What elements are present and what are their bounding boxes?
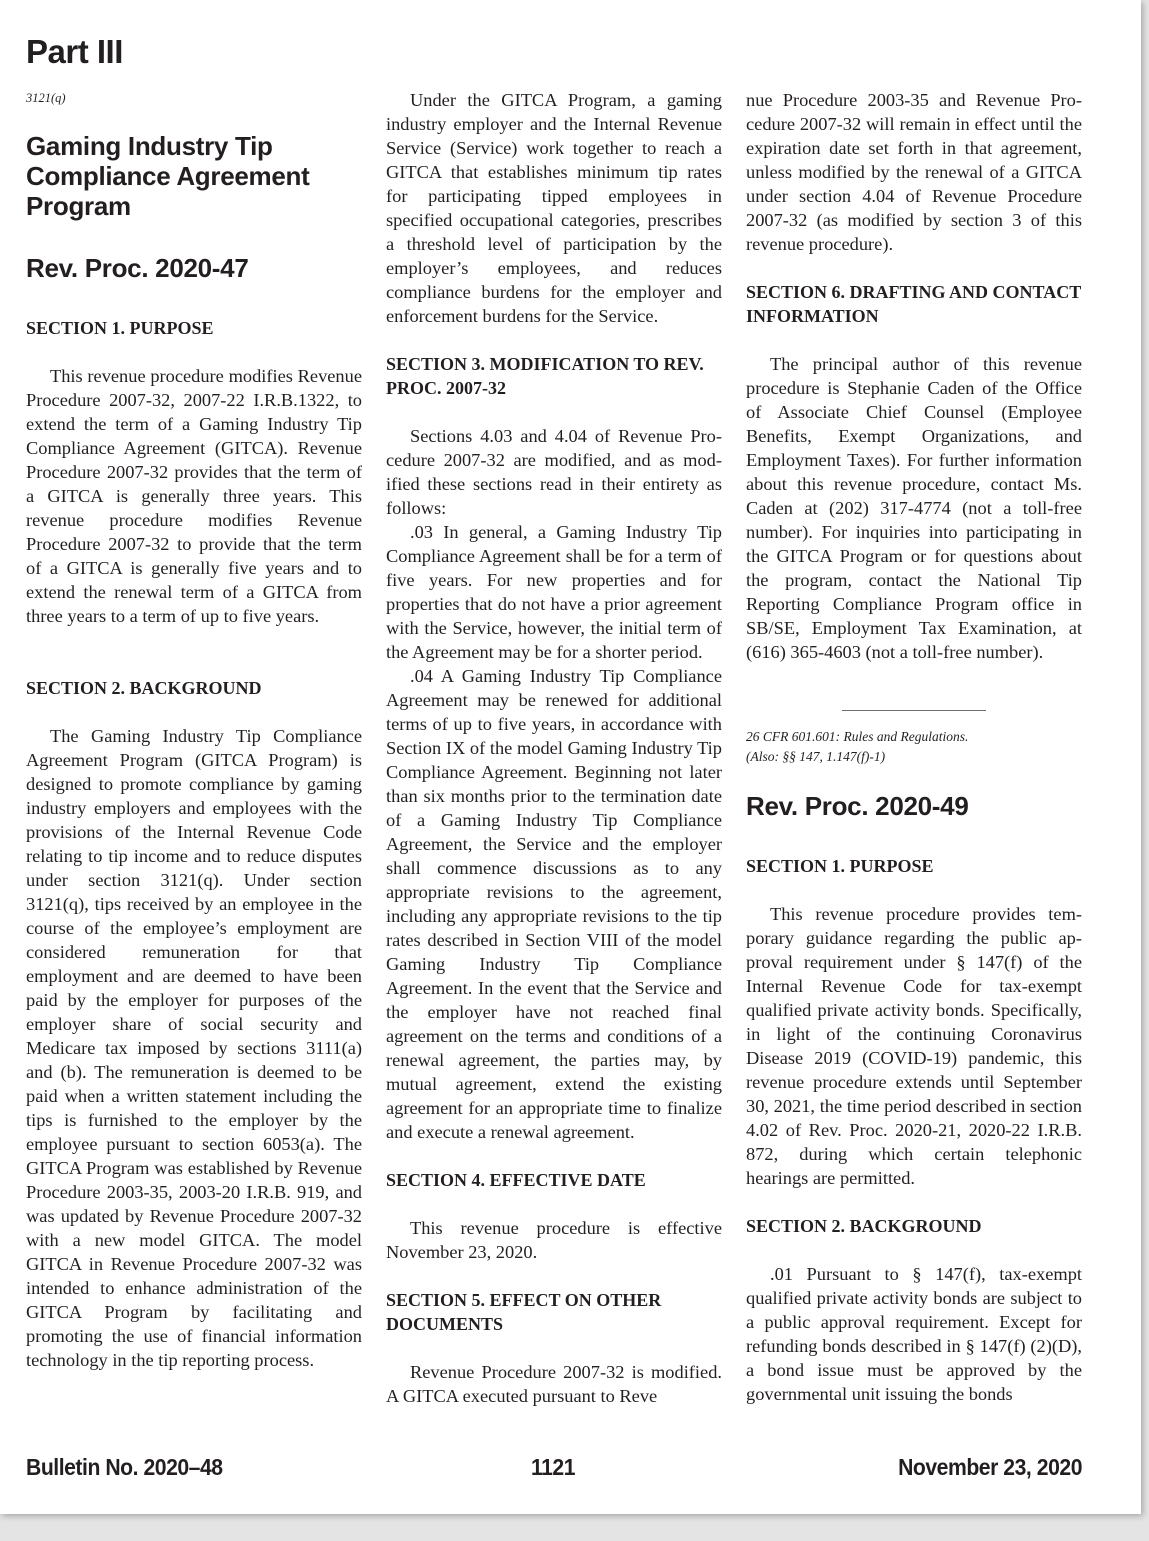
rp2-section-2-heading: SECTION 2. BACKGROUND xyxy=(746,1214,1082,1238)
rp1-section-3-paragraph-03: .03 In general, a Gaming Industry Tip Co… xyxy=(386,520,722,664)
rev-proc-2020-49-title: Rev. Proc. 2020-49 xyxy=(746,791,968,821)
rp1-section-2-paragraph-1: The Gaming Industry Tip Compliance Agree… xyxy=(26,724,362,1372)
rp1-section-3-paragraph-04: .04 A Gaming Industry Tip Compliance Agr… xyxy=(386,664,722,1144)
rp1-section-1-heading: SECTION 1. PURPOSE xyxy=(26,316,362,340)
rp1-section-2-heading: SECTION 2. BACKGROUND xyxy=(26,676,362,700)
rp1-section-5-paragraph-start: Revenue Procedure 2007-32 is modi­fied. … xyxy=(386,1360,722,1408)
part-title: Part III xyxy=(26,33,123,71)
rp1-section-4-heading: SECTION 4. EFFECTIVE DATE xyxy=(386,1168,722,1192)
document-title: Gaming Industry Tip Compliance Agreement… xyxy=(26,131,346,221)
rp1-section-6-paragraph: The principal author of this revenue pro… xyxy=(746,352,1082,664)
rp1-section-4-paragraph: This revenue procedure is effective Nove… xyxy=(386,1216,722,1264)
rp2-citation-line-2: (Also: §§ 147, 1.147(f)-1) xyxy=(746,747,885,767)
rp2-citation-line-1: 26 CFR 601.601: Rules and Regulations. xyxy=(746,727,968,747)
rp1-section-3-paragraph-1: Sections 4.03 and 4.04 of Revenue Pro­ce… xyxy=(386,424,722,520)
rev-proc-2020-47-title: Rev. Proc. 2020-47 xyxy=(26,253,248,283)
rp2-section-1-heading: SECTION 1. PURPOSE xyxy=(746,854,1082,878)
rp1-section-5-heading: SECTION 5. EFFECT ON OTHER DOCUMENTS xyxy=(386,1288,722,1336)
rp1-section-6-heading: SECTION 6. DRAFTING AND CONTACT INFORMAT… xyxy=(746,280,1082,328)
rp1-section-5-paragraph-end: nue Procedure 2003-35 and Revenue Pro­ce… xyxy=(746,88,1082,256)
rp1-section-1-paragraph: This revenue procedure modifies Revenue … xyxy=(26,364,362,628)
footer-date: November 23, 2020 xyxy=(806,1454,1082,1480)
rp1-section-2-paragraph-2: Under the GITCA Program, a gaming indust… xyxy=(386,88,722,328)
document-page: Part III 3121(q) Gaming Industry Tip Com… xyxy=(0,0,1141,1514)
rp1-section-3-heading: SECTION 3. MODIFICATION TO REV. PROC. 20… xyxy=(386,352,722,400)
section-divider-rule xyxy=(842,710,986,711)
rp2-section-1-paragraph: This revenue procedure provides tem­pora… xyxy=(746,902,1082,1190)
footer-page-number: 1121 xyxy=(477,1454,630,1480)
footer-bulletin-number: Bulletin No. 2020–48 xyxy=(26,1454,223,1480)
code-reference: 3121(q) xyxy=(26,90,66,106)
rp2-section-2-paragraph: .01 Pursuant to § 147(f), tax-exempt qua… xyxy=(746,1262,1082,1406)
